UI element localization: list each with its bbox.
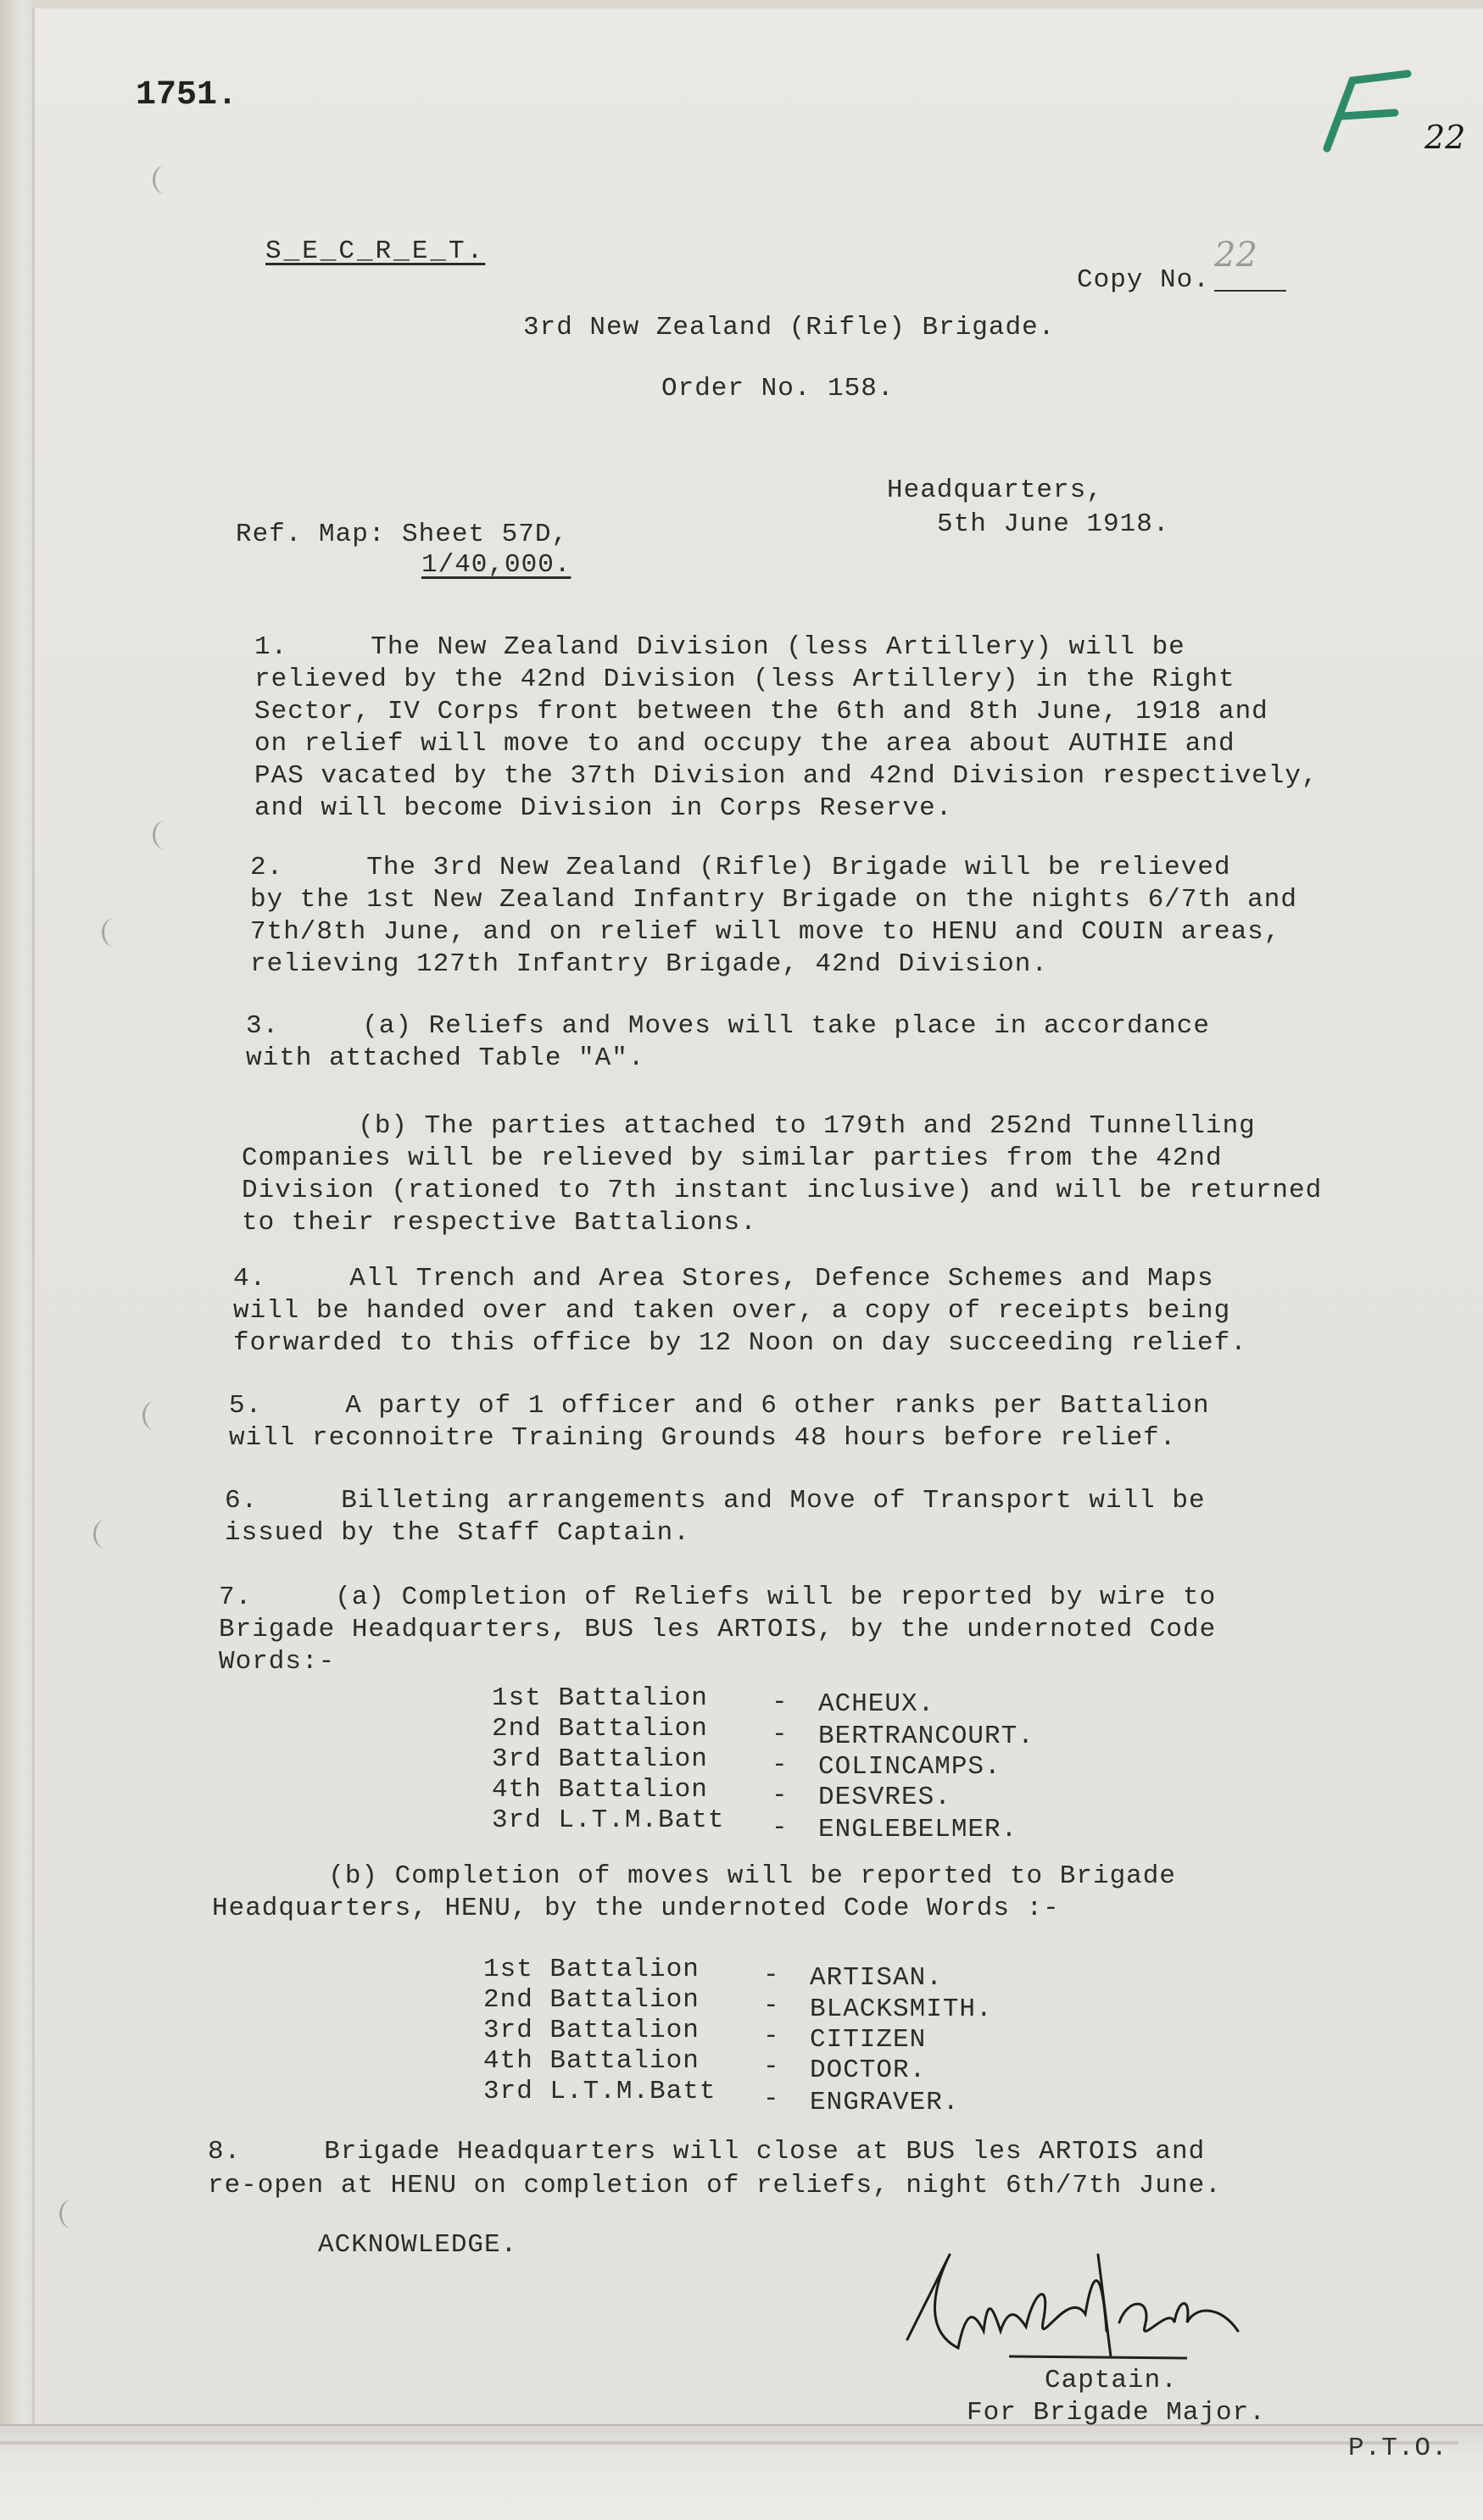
text-line: 4. All Trench and Area Stores, Defence S… [233,1263,1214,1295]
punch-hole [93,1520,118,1549]
text-line: Sector, IV Corps front between the 6th a… [254,696,1268,728]
separator: - [772,1812,789,1844]
separator: - [763,1990,780,2022]
text-line: Headquarters, HENU, by the undernoted Co… [212,1893,1060,1925]
green-pencil-f-mark [1310,64,1420,157]
unit-name: 1st Battalion [492,1683,708,1715]
text-line: by the 1st New Zealand Infantry Brigade … [250,884,1297,916]
unit-name: 3rd L.T.M.Batt [483,2076,716,2108]
code-word: BLACKSMITH. [810,1994,993,2026]
text-line: forwarded to this office by 12 Noon on d… [233,1327,1247,1360]
code-word: ENGLEBELMER. [818,1814,1017,1846]
text-line: 2. The 3rd New Zealand (Rifle) Brigade w… [250,852,1231,884]
under-sheet-edge [0,2441,1458,2445]
punch-hole [153,165,177,194]
code-word: ARTISAN. [810,1962,943,1994]
copy-underline [1214,290,1286,292]
code-word: DESVRES. [818,1782,951,1814]
unit-name: 3rd Battalion [492,1744,708,1776]
ref-map: Ref. Map: Sheet 57D, [236,519,568,551]
separator: - [763,1960,780,1992]
text-line: will be handed over and taken over, a co… [233,1295,1230,1327]
copy-number: 22 [1214,236,1257,275]
punch-hole [142,1401,167,1430]
separator: - [772,1750,789,1782]
text-line: Companies will be relieved by similar pa… [242,1143,1223,1175]
punch-hole [59,2200,84,2228]
text-line: 5. A party of 1 officer and 6 other rank… [229,1390,1210,1422]
page-edge [0,0,32,2520]
text-line: (b) Completion of moves will be reported… [212,1861,1176,1893]
separator: - [763,2021,780,2053]
hq-line: Headquarters, [887,475,1103,507]
code-word: ACHEUX. [818,1688,934,1721]
text-line: with attached Table "A". [246,1043,644,1075]
please-turn-over: P.T.O. [1348,2433,1448,2465]
text-line: re-open at HENU on completion of reliefs… [208,2170,1222,2202]
separator: - [772,1719,789,1751]
text-line: 3. (a) Reliefs and Moves will take place… [246,1010,1210,1043]
text-line: relieving 127th Infantry Brigade, 42nd D… [250,948,1048,981]
hq-date: 5th June 1918. [937,509,1169,541]
text-line: 6. Billeting arrangements and Move of Tr… [225,1485,1206,1517]
text-line: 8. Brigade Headquarters will close at BU… [208,2136,1205,2168]
acknowledge: ACKNOWLEDGE. [318,2229,517,2261]
signature [882,2238,1391,2373]
text-line: PAS vacated by the 37th Division and 42n… [254,760,1319,793]
copy-label: Copy No. [1077,264,1210,297]
unit-name: 4th Battalion [483,2045,700,2078]
text-line: 7. (a) Completion of Reliefs will be rep… [219,1582,1216,1614]
text-line: on relief will move to and occupy the ar… [254,728,1235,760]
unit-name: 2nd Battalion [483,1984,700,2017]
punch-hole [102,918,126,947]
unit-name: 3rd Battalion [483,2015,700,2047]
ref-map-scale: 1/40,000. [421,549,571,581]
text-line: to their respective Battalions. [242,1207,757,1239]
signatory-rank: Captain. [1045,2365,1178,2397]
code-word: CITIZEN [810,2024,926,2056]
separator: - [763,2083,780,2116]
classification: S_E_C_R_E_T. [265,236,485,268]
separator: - [772,1780,789,1812]
text-line: 1. The New Zealand Division (less Artill… [254,631,1185,664]
text-line: 7th/8th June, and on relief will move to… [250,916,1280,948]
text-line: (b) The parties attached to 179th and 25… [242,1110,1256,1143]
order-number: Order No. 158. [661,373,894,405]
code-word: COLINCAMPS. [818,1751,1001,1783]
text-line: Division (rationed to 7th instant inclus… [242,1175,1322,1207]
code-word: ENGRAVER. [810,2087,959,2119]
text-line: and will become Division in Corps Reserv… [254,793,952,825]
unit-name: 3rd L.T.M.Batt [492,1805,724,1837]
text-line: issued by the Staff Captain. [225,1517,690,1549]
text-line: Brigade Headquarters, BUS les ARTOIS, by… [219,1614,1216,1646]
punch-hole [153,821,177,849]
file-number: 1751. [136,76,237,114]
unit-name: 2nd Battalion [492,1713,708,1745]
text-line: Words:- [219,1646,335,1678]
code-word: BERTRANCOURT. [818,1721,1034,1753]
under-sheet [0,2424,1483,2520]
signatory-role: For Brigade Major. [967,2397,1266,2429]
separator: - [763,2051,780,2083]
code-word: DOCTOR. [810,2055,926,2087]
unit-name: 1st Battalion [483,1954,700,1986]
unit-name: 4th Battalion [492,1774,708,1806]
annotation-number: 22 [1424,119,1465,156]
text-line: will reconnoitre Training Grounds 48 hou… [229,1422,1176,1455]
separator: - [772,1687,789,1719]
text-line: relieved by the 42nd Division (less Arti… [254,664,1235,696]
unit-title: 3rd New Zealand (Rifle) Brigade. [523,312,1055,344]
